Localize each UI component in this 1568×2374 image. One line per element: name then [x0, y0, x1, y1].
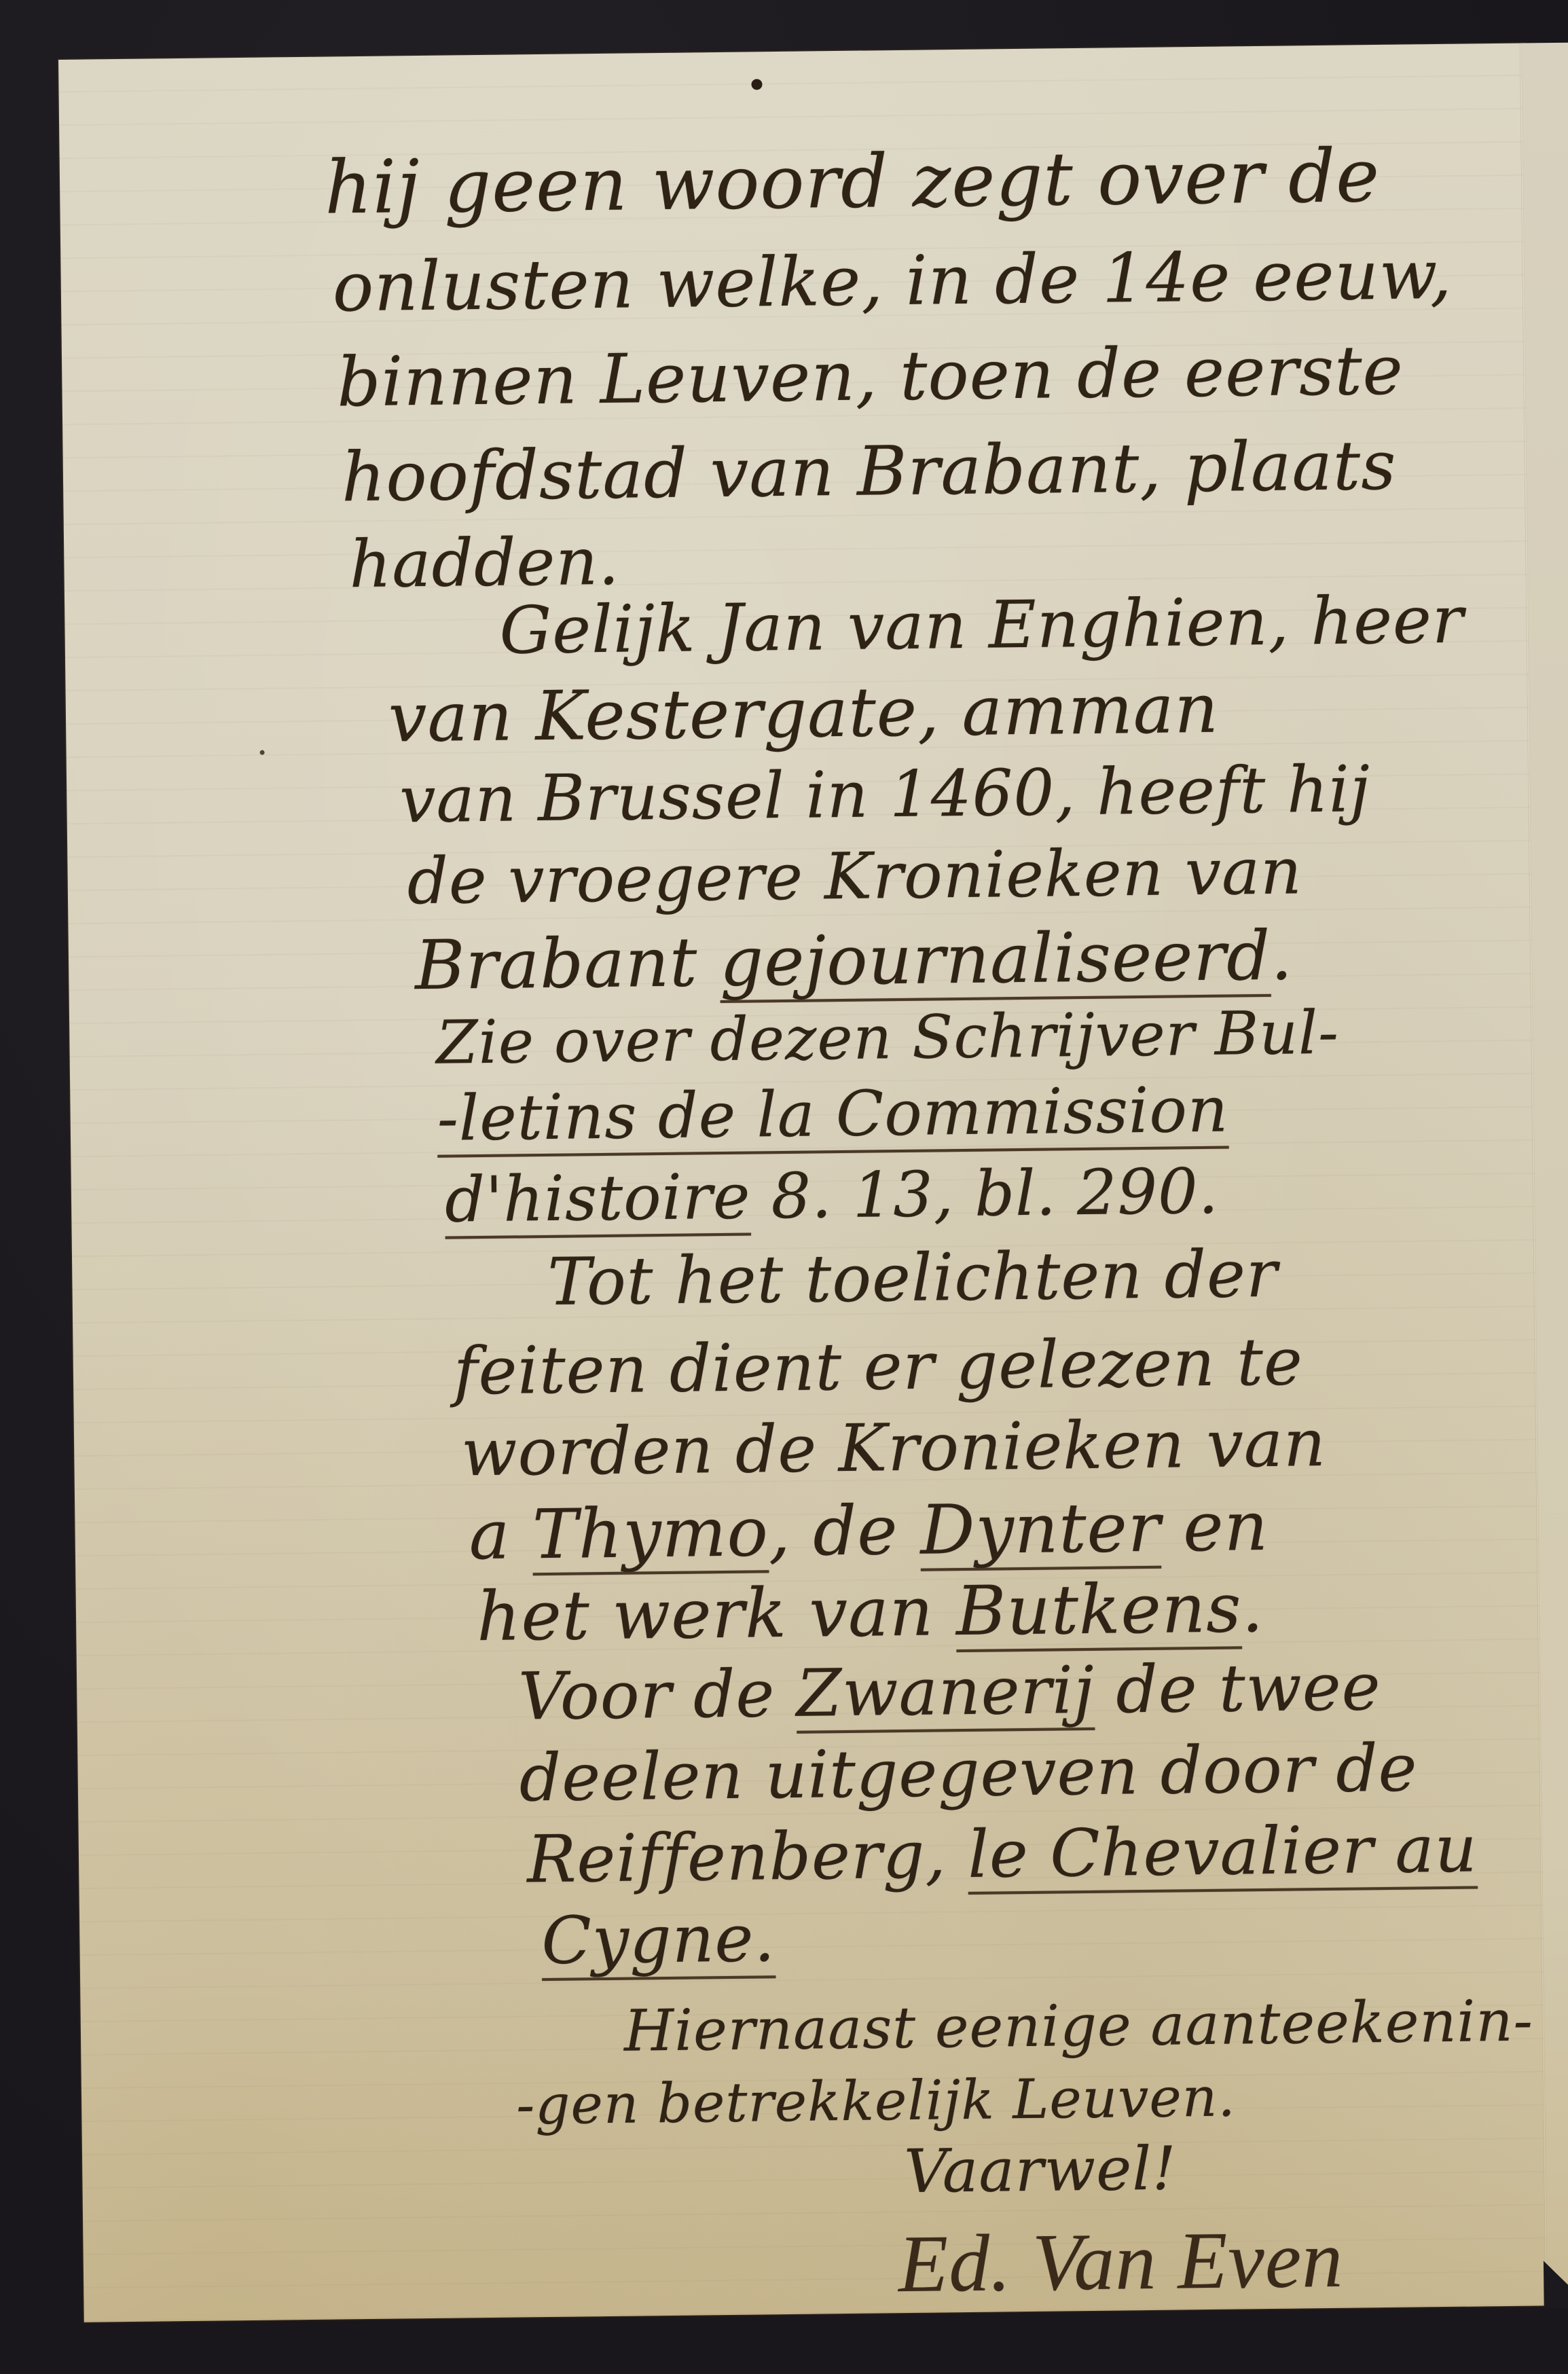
text-line: de vroegere Kronieken van [407, 840, 1302, 914]
text-run: 8. 13, bl. 290. [750, 1155, 1220, 1233]
text-run: de twee [1094, 1649, 1381, 1728]
text-line: onlusten welke, in de 14e eeuw, [332, 241, 1453, 322]
letter-page: hij geen woord zegt over de onlusten wel… [58, 43, 1551, 2322]
text-run: , de [768, 1491, 921, 1572]
closing-salutation: Vaarwel! [904, 2139, 1177, 2202]
text-line: Brabant gejournaliseerd. [415, 921, 1294, 1000]
text-run: . [1241, 1568, 1264, 1647]
text-line: -letins de la Commission [437, 1079, 1228, 1150]
underlined-title: le Chevalier au [968, 1810, 1478, 1893]
underlined-name: Thymo [532, 1492, 769, 1574]
text-line: d'histoire 8. 13, bl. 290. [445, 1161, 1220, 1232]
text-line: -gen betrekkelijk Leuven. [516, 2070, 1236, 2133]
text-line: van Brussel in 1460, heeft hij [399, 758, 1371, 833]
text-line: Gelijk Jan van Enghien, heer [499, 587, 1464, 663]
text-run: a [469, 1495, 533, 1575]
text-run: Reiffenberg, [526, 1816, 968, 1897]
text-line: binnen Leuven, toen de eerste [337, 337, 1404, 417]
text-line: Cygne. [541, 1905, 776, 1973]
text-run: en [1161, 1486, 1269, 1567]
text-line: hij geen woord zegt over de [325, 140, 1381, 225]
underlined-title: Cygne. [541, 1900, 776, 1979]
text-line: Voor de Zwanerij de twee [518, 1654, 1381, 1729]
signature: Ed. Van Even [898, 2218, 1343, 2305]
underlined-title: d'histoire [444, 1161, 750, 1237]
underlined-name: Butkens [955, 1568, 1242, 1651]
text-line: Hiernaast eenige aanteekenin- [624, 1992, 1534, 2060]
underlined-term: Zwanerij [796, 1652, 1095, 1732]
text-line: Zie over dezen Schrijver Bul- [436, 1003, 1339, 1073]
text-line: worden de Kronieken van [461, 1410, 1327, 1485]
text-line: deelen uitgegeven door de [519, 1735, 1418, 1810]
text-line: van Kestergate, amman [388, 675, 1219, 752]
text-line: hadden. [349, 529, 620, 598]
torn-corner [1544, 2261, 1568, 2309]
text-line: a Thymo, de Dynter en [469, 1493, 1269, 1569]
text-run: . [1270, 915, 1293, 995]
ink-spot [260, 750, 265, 755]
underlined-name: Dynter [920, 1488, 1162, 1570]
text-line: Reiffenberg, le Chevalier au [527, 1816, 1478, 1892]
text-run: het werk van [476, 1571, 956, 1656]
text-line: Tot het toelichten der [547, 1241, 1278, 1315]
text-run: Voor de [518, 1656, 797, 1735]
text-line: feiten dient er gelezen te [453, 1329, 1303, 1404]
ink-spot [751, 79, 762, 90]
text-line: hoofdstad van Brabant, plaats [341, 432, 1397, 512]
underlined-title: -letins de la Commission [437, 1074, 1228, 1155]
adjacent-page-edge [1522, 43, 1568, 2306]
underlined-term: gejournaliseerd [719, 916, 1271, 1002]
text-run: Brabant [414, 922, 720, 1005]
text-line: het werk van Butkens. [476, 1574, 1264, 1651]
